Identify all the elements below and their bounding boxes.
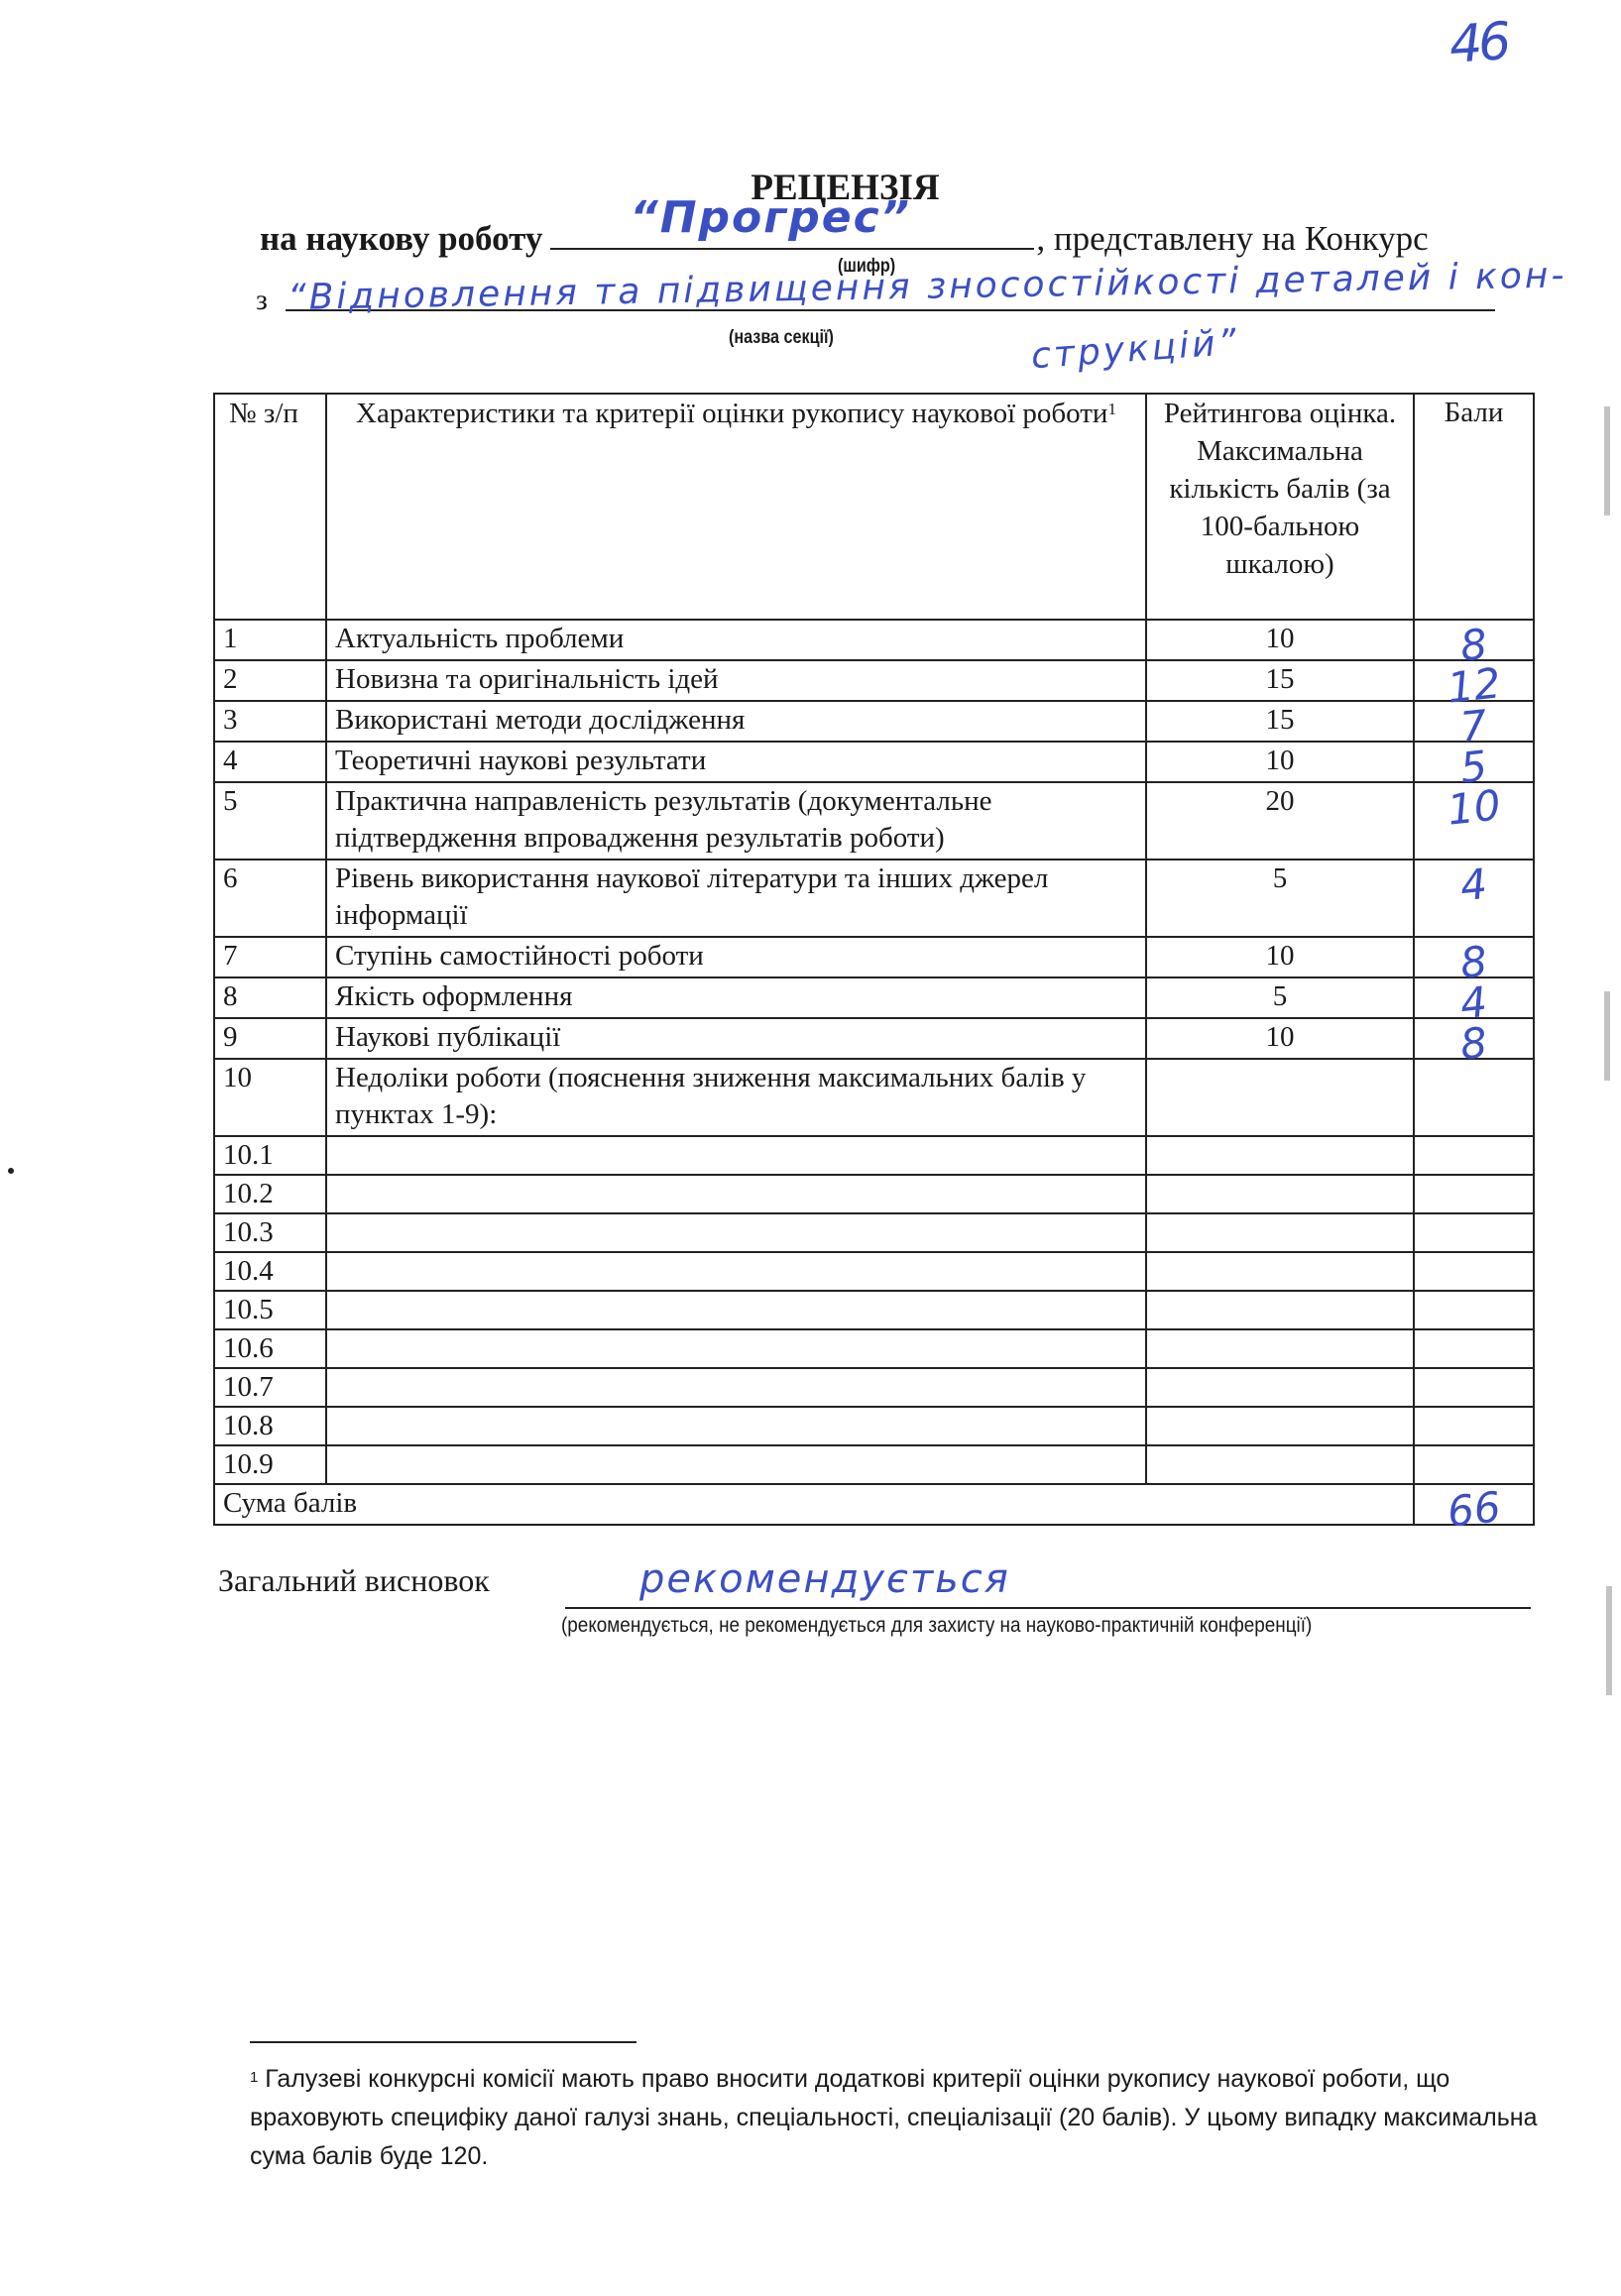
subrow-max-score[interactable] <box>1146 1407 1414 1445</box>
row-number: 6 <box>214 860 326 937</box>
subrow-max-score[interactable] <box>1146 1291 1414 1329</box>
handwritten-score: 4 <box>1458 983 1488 1023</box>
table-subrow: 10.7 <box>214 1368 1534 1407</box>
subrow-number: 10.6 <box>214 1329 326 1368</box>
table-subrow: 10.8 <box>214 1407 1534 1445</box>
row-score[interactable]: 10 <box>1414 782 1534 860</box>
table-header-row: № з/п Характеристики та критерії оцінки … <box>214 394 1534 620</box>
row-max-score <box>1146 1059 1414 1136</box>
table-subrow: 10.3 <box>214 1213 1534 1252</box>
row-score[interactable] <box>1414 1059 1534 1136</box>
scan-artifact <box>1604 406 1610 516</box>
table-row: 8Якість оформлення54 <box>214 977 1534 1018</box>
row-criterion: Практична направленість результатів (док… <box>326 782 1146 860</box>
scan-dot <box>8 1168 14 1174</box>
row-criterion: Ступінь самостійності роботи <box>326 937 1146 977</box>
footnote: 1 Галузеві конкурсні комісії мають право… <box>250 2060 1568 2176</box>
table-row: 10Недоліки роботи (пояснення зниження ма… <box>214 1059 1534 1136</box>
work-cipher-line: на наукову роботу“Прогрес”, представлену… <box>260 212 1429 259</box>
subrow-number: 10.4 <box>214 1252 326 1291</box>
subrow-score[interactable] <box>1414 1252 1534 1291</box>
row-number: 7 <box>214 937 326 977</box>
handwritten-score: 8 <box>1458 626 1488 665</box>
subrow-criterion[interactable] <box>326 1368 1146 1407</box>
row-score[interactable]: 5 <box>1414 742 1534 782</box>
table-row: 4Теоретичні наукові результати105 <box>214 742 1534 782</box>
header-num: № з/п <box>214 394 326 620</box>
footnote-number: 1 <box>250 2069 258 2086</box>
subrow-score[interactable] <box>1414 1175 1534 1213</box>
handwritten-score: 4 <box>1458 865 1488 905</box>
subrow-max-score[interactable] <box>1146 1445 1414 1484</box>
table-subrow: 10.9 <box>214 1445 1534 1484</box>
subrow-score[interactable] <box>1414 1407 1534 1445</box>
subrow-score[interactable] <box>1414 1136 1534 1175</box>
subrow-criterion[interactable] <box>326 1213 1146 1252</box>
footnote-mark: 1 <box>1107 400 1116 418</box>
sum-value[interactable]: 66 <box>1414 1484 1534 1525</box>
subrow-criterion[interactable] <box>326 1252 1146 1291</box>
table-row: 1Актуальність проблеми108 <box>214 620 1534 660</box>
subrow-max-score[interactable] <box>1146 1252 1414 1291</box>
subrow-number: 10.2 <box>214 1175 326 1213</box>
row-max-score: 10 <box>1146 620 1414 660</box>
row-number: 10 <box>214 1059 326 1136</box>
handwritten-score: 10 <box>1446 786 1502 828</box>
row-criterion: Новизна та оригінальність ідей <box>326 660 1146 701</box>
row-score[interactable]: 8 <box>1414 1018 1534 1059</box>
handwritten-score: 12 <box>1446 664 1502 706</box>
subrow-score[interactable] <box>1414 1329 1534 1368</box>
subrow-max-score[interactable] <box>1146 1136 1414 1175</box>
subrow-criterion[interactable] <box>326 1291 1146 1329</box>
row-score[interactable]: 4 <box>1414 860 1534 937</box>
table-row: 7Ступінь самостійності роботи108 <box>214 937 1534 977</box>
row-number: 2 <box>214 660 326 701</box>
subrow-max-score[interactable] <box>1146 1213 1414 1252</box>
row-criterion: Недоліки роботи (пояснення зниження макс… <box>326 1059 1146 1136</box>
table-subrow: 10.2 <box>214 1175 1534 1213</box>
cipher-handwritten-value: “Прогрес” <box>630 192 911 243</box>
subrow-number: 10.5 <box>214 1291 326 1329</box>
subrow-number: 10.8 <box>214 1407 326 1445</box>
handwritten-score: 8 <box>1458 1024 1488 1064</box>
evaluation-table: № з/п Характеристики та критерії оцінки … <box>213 393 1535 1526</box>
row-max-score: 15 <box>1146 701 1414 742</box>
row-max-score: 10 <box>1146 742 1414 782</box>
conclusion-caption: (рекомендується, не рекомендується для з… <box>561 1614 1312 1638</box>
row-number: 5 <box>214 782 326 860</box>
header-criteria: Характеристики та критерії оцінки рукопи… <box>326 394 1146 620</box>
row-score[interactable]: 4 <box>1414 977 1534 1018</box>
row-score[interactable]: 8 <box>1414 937 1534 977</box>
row-score[interactable]: 12 <box>1414 660 1534 701</box>
handwritten-score: 5 <box>1458 747 1488 787</box>
row-criterion: Актуальність проблеми <box>326 620 1146 660</box>
subrow-score[interactable] <box>1414 1291 1534 1329</box>
competition-label: , представлену на Конкурс <box>1036 219 1428 258</box>
subrow-criterion[interactable] <box>326 1329 1146 1368</box>
subrow-number: 10.3 <box>214 1213 326 1252</box>
row-max-score: 5 <box>1146 977 1414 1018</box>
row-score[interactable]: 7 <box>1414 701 1534 742</box>
row-number: 8 <box>214 977 326 1018</box>
table-row: 2Новизна та оригінальність ідей1512 <box>214 660 1534 701</box>
row-criterion: Теоретичні наукові результати <box>326 742 1146 782</box>
section-caption: (назва секції) <box>729 327 834 349</box>
table-subrow: 10.6 <box>214 1329 1534 1368</box>
subrow-number: 10.1 <box>214 1136 326 1175</box>
row-number: 4 <box>214 742 326 782</box>
table-row: 3Використані методи дослідження157 <box>214 701 1534 742</box>
subrow-score[interactable] <box>1414 1445 1534 1484</box>
row-criterion: Рівень використання наукової літератури … <box>326 860 1146 937</box>
row-criterion: Наукові публікації <box>326 1018 1146 1059</box>
subrow-criterion[interactable] <box>326 1407 1146 1445</box>
row-max-score: 15 <box>1146 660 1414 701</box>
scan-artifact <box>1606 1586 1612 1695</box>
row-number: 1 <box>214 620 326 660</box>
table-row: 9Наукові публікації108 <box>214 1018 1534 1059</box>
scan-artifact <box>1604 991 1610 1081</box>
table-row: 6Рівень використання наукової літератури… <box>214 860 1534 937</box>
subrow-score[interactable] <box>1414 1368 1534 1407</box>
subrow-criterion[interactable] <box>326 1136 1146 1175</box>
row-criterion: Використані методи дослідження <box>326 701 1146 742</box>
sum-label: Сума балів <box>214 1484 1414 1525</box>
subrow-number: 10.7 <box>214 1368 326 1407</box>
section-handwritten-value-line2: струкцій” <box>1030 322 1241 378</box>
row-number: 9 <box>214 1018 326 1059</box>
row-max-score: 10 <box>1146 937 1414 977</box>
subrow-number: 10.9 <box>214 1445 326 1484</box>
row-score[interactable]: 8 <box>1414 620 1534 660</box>
handwritten-page-number: 46 <box>1447 12 1509 75</box>
table-subrow: 10.1 <box>214 1136 1534 1175</box>
subrow-criterion[interactable] <box>326 1445 1146 1484</box>
subrow-max-score[interactable] <box>1146 1329 1414 1368</box>
conclusion-label: Загальний висновок <box>218 1562 490 1599</box>
footnote-divider <box>250 2041 637 2043</box>
row-max-score: 10 <box>1146 1018 1414 1059</box>
table-subrow: 10.4 <box>214 1252 1534 1291</box>
section-prefix: з <box>256 284 268 317</box>
subrow-criterion[interactable] <box>326 1175 1146 1213</box>
row-max-score: 20 <box>1146 782 1414 860</box>
subrow-score[interactable] <box>1414 1213 1534 1252</box>
subrow-max-score[interactable] <box>1146 1175 1414 1213</box>
handwritten-score: 8 <box>1458 943 1488 982</box>
footnote-text: Галузеві конкурсні комісії мають право в… <box>250 2065 1538 2170</box>
subrow-max-score[interactable] <box>1146 1368 1414 1407</box>
handwritten-score: 7 <box>1458 707 1488 746</box>
cipher-field[interactable]: “Прогрес” <box>550 212 1034 250</box>
table-subrow: 10.5 <box>214 1291 1534 1329</box>
header-max-score: Рейтингова оцінка. Максимальна кількість… <box>1146 394 1414 620</box>
table-row: 5Практична направленість результатів (до… <box>214 782 1534 860</box>
row-number: 3 <box>214 701 326 742</box>
header-points: Бали <box>1414 394 1534 620</box>
sum-row: Сума балів 66 <box>214 1484 1534 1525</box>
row-criterion: Якість оформлення <box>326 977 1146 1018</box>
work-cipher-label: на наукову роботу <box>260 219 542 258</box>
conclusion-handwritten-value: рекомендується <box>639 1556 1010 1602</box>
row-max-score: 5 <box>1146 860 1414 937</box>
conclusion-field[interactable] <box>565 1607 1531 1609</box>
